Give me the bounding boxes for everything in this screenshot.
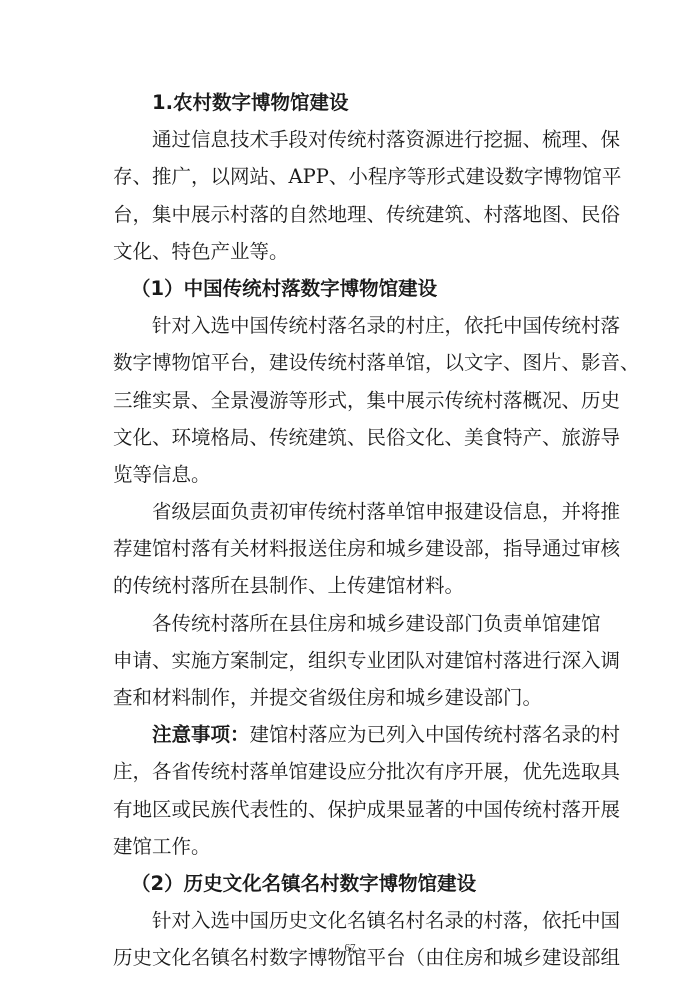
text-line: 针对入选中国传统村落名录的村庄，依托中国传统村落: [113, 307, 593, 344]
text-line: 申请、实施方案制定，组织专业团队对建馆村落进行深入调: [113, 642, 593, 679]
page-number: 67: [0, 942, 700, 954]
subsection2-heading: （2）历史文化名镇名村数字博物馆建设: [113, 865, 593, 902]
section-heading: 1.农村数字博物馆建设: [113, 84, 593, 121]
text-line: 通过信息技术手段对传统村落资源进行挖掘、梳理、保: [113, 121, 593, 158]
text-line: 荐建馆村落有关材料报送住房和城乡建设部，指导通过审核: [113, 530, 593, 567]
text-line: 各传统村落所在县住房和城乡建设部门负责单馆建馆: [113, 605, 593, 642]
subsection1-paragraph-2: 省级层面负责初审传统村落单馆申报建设信息，并将推 荐建馆村落有关材料报送住房和城…: [113, 493, 593, 605]
document-page: 1.农村数字博物馆建设 通过信息技术手段对传统村落资源进行挖掘、梳理、保 存、推…: [113, 84, 593, 977]
text-line: 注意事项：建馆村落应为已列入中国传统村落名录的村: [113, 716, 593, 753]
text-line: 三维实景、全景漫游等形式，集中展示传统村落概况、历史: [113, 382, 593, 419]
text-line: 有地区或民族代表性的、保护成果显著的中国传统村落开展: [113, 791, 593, 828]
subsection1-heading: （1）中国传统村落数字博物馆建设: [113, 270, 593, 307]
text-line: 文化、特色产业等。: [113, 233, 593, 270]
note-text: 建馆村落应为已列入中国传统村落名录的村: [250, 723, 621, 746]
text-line: 查和材料制作，并提交省级住房和城乡建设部门。: [113, 679, 593, 716]
subsection1-paragraph-3: 各传统村落所在县住房和城乡建设部门负责单馆建馆 申请、实施方案制定，组织专业团队…: [113, 605, 593, 717]
text-line: 省级层面负责初审传统村落单馆申报建设信息，并将推: [113, 493, 593, 530]
text-line: 存、推广，以网站、APP、小程序等形式建设数字博物馆平: [113, 158, 593, 195]
note-paragraph: 注意事项：建馆村落应为已列入中国传统村落名录的村 庄，各省传统村落单馆建设应分批…: [113, 716, 593, 865]
text-line: 的传统村落所在县制作、上传建馆材料。: [113, 567, 593, 604]
intro-paragraph: 通过信息技术手段对传统村落资源进行挖掘、梳理、保 存、推广，以网站、APP、小程…: [113, 121, 593, 270]
text-line: 针对入选中国历史文化名镇名村名录的村落，依托中国: [113, 902, 593, 939]
text-line: 数字博物馆平台，建设传统村落单馆，以文字、图片、影音、: [113, 344, 593, 381]
text-line: 文化、环境格局、传统建筑、民俗文化、美食特产、旅游导: [113, 419, 593, 456]
text-line: 庄，各省传统村落单馆建设应分批次有序开展，优先选取具: [113, 753, 593, 790]
text-line: 台，集中展示村落的自然地理、传统建筑、村落地图、民俗: [113, 196, 593, 233]
subsection1-paragraph-1: 针对入选中国传统村落名录的村庄，依托中国传统村落 数字博物馆平台，建设传统村落单…: [113, 307, 593, 493]
note-label: 注意事项：: [152, 723, 250, 746]
text-line: 览等信息。: [113, 456, 593, 493]
text-line: 建馆工作。: [113, 828, 593, 865]
subsection2-paragraph-1: 针对入选中国历史文化名镇名村名录的村落，依托中国 历史文化名镇名村数字博物馆平台…: [113, 902, 593, 976]
